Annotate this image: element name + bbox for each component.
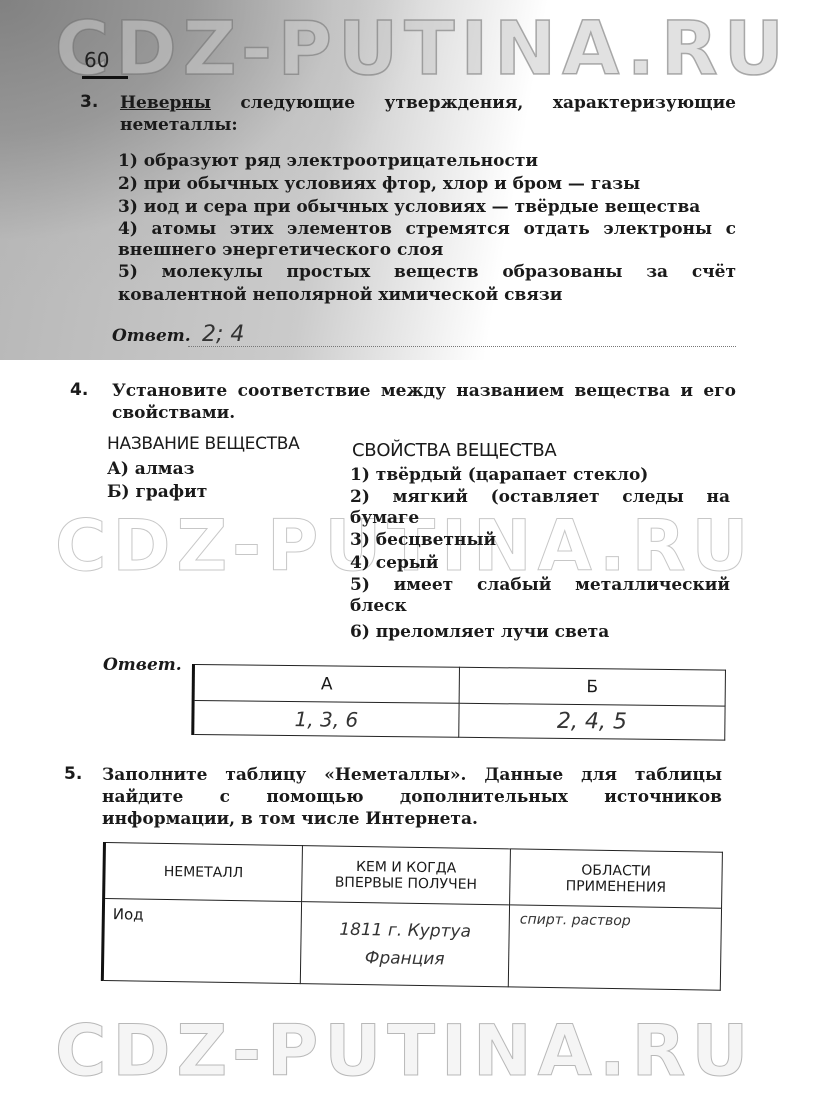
property-item: 3) бесцветный	[350, 529, 730, 552]
task-3-options: 1) образуют ряд электроотрицательности 2…	[118, 150, 736, 307]
task-3-option: 4) атомы этих элементов стремятся отдать…	[118, 219, 736, 261]
page-number-underline	[82, 76, 128, 79]
task-4-answer-table: А Б 1, 3, 6 2, 4, 5	[191, 664, 726, 741]
answer-table-header-row: А Б	[193, 665, 725, 707]
property-list: 1) твёрдый (царапает стекло) 2) мягкий (…	[350, 464, 730, 644]
task-4-answer-label: Ответ.	[103, 655, 182, 675]
task-3-answer-value[interactable]: 2; 4	[202, 322, 244, 347]
substance-name-header: НАЗВАНИЕ ВЕЩЕСТВА	[107, 434, 299, 454]
property-item: 1) твёрдый (царапает стекло)	[350, 464, 730, 487]
page-number: 60	[84, 48, 109, 72]
substance-list: А) алмаз Б) графит	[107, 458, 207, 504]
answer-header-a: А	[193, 665, 459, 704]
answer-table-value-row: 1, 3, 6 2, 4, 5	[193, 701, 725, 741]
answer-value-b[interactable]: 2, 4, 5	[459, 703, 725, 740]
header-applications: ОБЛАСТИ ПРИМЕНЕНИЯ	[510, 849, 723, 908]
property-item: 5) имеет слабый металлический блеск	[350, 575, 730, 617]
cell-applications[interactable]: спирт. раствор	[508, 905, 721, 990]
nonmetals-row: Иод 1811 г. Куртуа Франция спирт. раство…	[102, 899, 721, 991]
task-3-prompt: Неверны следующие утверждения, характери…	[120, 92, 736, 136]
task-5-prompt: Заполните таблицу «Неметаллы». Данные дл…	[102, 764, 722, 830]
substance-item: А) алмаз	[107, 458, 207, 481]
header-nonmetal: НЕМЕТАЛЛ	[104, 843, 303, 902]
task-4: 4. Установите соответствие между названи…	[66, 380, 736, 424]
task-5: 5. Заполните таблицу «Неметаллы». Данные…	[64, 764, 724, 830]
cell-nonmetal: Иод	[102, 899, 301, 984]
cell-discovered[interactable]: 1811 г. Куртуа Франция	[300, 902, 509, 987]
task-3-option: 1) образуют ряд электроотрицательности	[118, 150, 736, 173]
substance-item: Б) графит	[107, 481, 207, 504]
header-discovered: КЕМ И КОГДА ВПЕРВЫЕ ПОЛУЧЕН	[302, 846, 511, 905]
property-item: 4) серый	[350, 552, 730, 575]
watermark-bottom: CDZ-PUTINA.RU	[55, 1010, 754, 1092]
task-3-option: 2) при обычных условиях фтор, хлор и бро…	[118, 173, 736, 196]
task-3: 3. Неверны следующие утверждения, характ…	[80, 92, 740, 307]
task-4-prompt: Установите соответствие между названием …	[112, 380, 736, 424]
task-3-emphasis: Неверны	[120, 93, 211, 113]
nonmetals-table: НЕМЕТАЛЛ КЕМ И КОГДА ВПЕРВЫЕ ПОЛУЧЕН ОБЛ…	[101, 842, 723, 991]
task-3-answer-label: Ответ.	[112, 326, 191, 346]
task-3-option: 5) молекулы простых веществ образованы з…	[118, 261, 736, 307]
property-item: 2) мягкий (оставляет следы на бумаге	[350, 487, 730, 529]
answer-value-a[interactable]: 1, 3, 6	[193, 701, 459, 738]
property-item: 6) преломляет лучи света	[350, 621, 730, 644]
watermark-top: CDZ-PUTINA.RU	[55, 6, 790, 92]
substance-properties-header: СВОЙСТВА ВЕЩЕСТВА	[352, 440, 556, 461]
task-5-number: 5.	[64, 764, 82, 784]
task-4-number: 4.	[70, 380, 88, 400]
task-3-number: 3.	[80, 92, 98, 112]
task-3-option: 3) иод и сера при обычных условиях — твё…	[118, 196, 736, 219]
answer-header-b: Б	[459, 667, 725, 706]
nonmetals-header-row: НЕМЕТАЛЛ КЕМ И КОГДА ВПЕРВЫЕ ПОЛУЧЕН ОБЛ…	[104, 843, 723, 909]
task-3-answer-line	[188, 346, 736, 347]
task-3-prompt-text: следующие утверждения, характеризующие н…	[120, 93, 736, 135]
